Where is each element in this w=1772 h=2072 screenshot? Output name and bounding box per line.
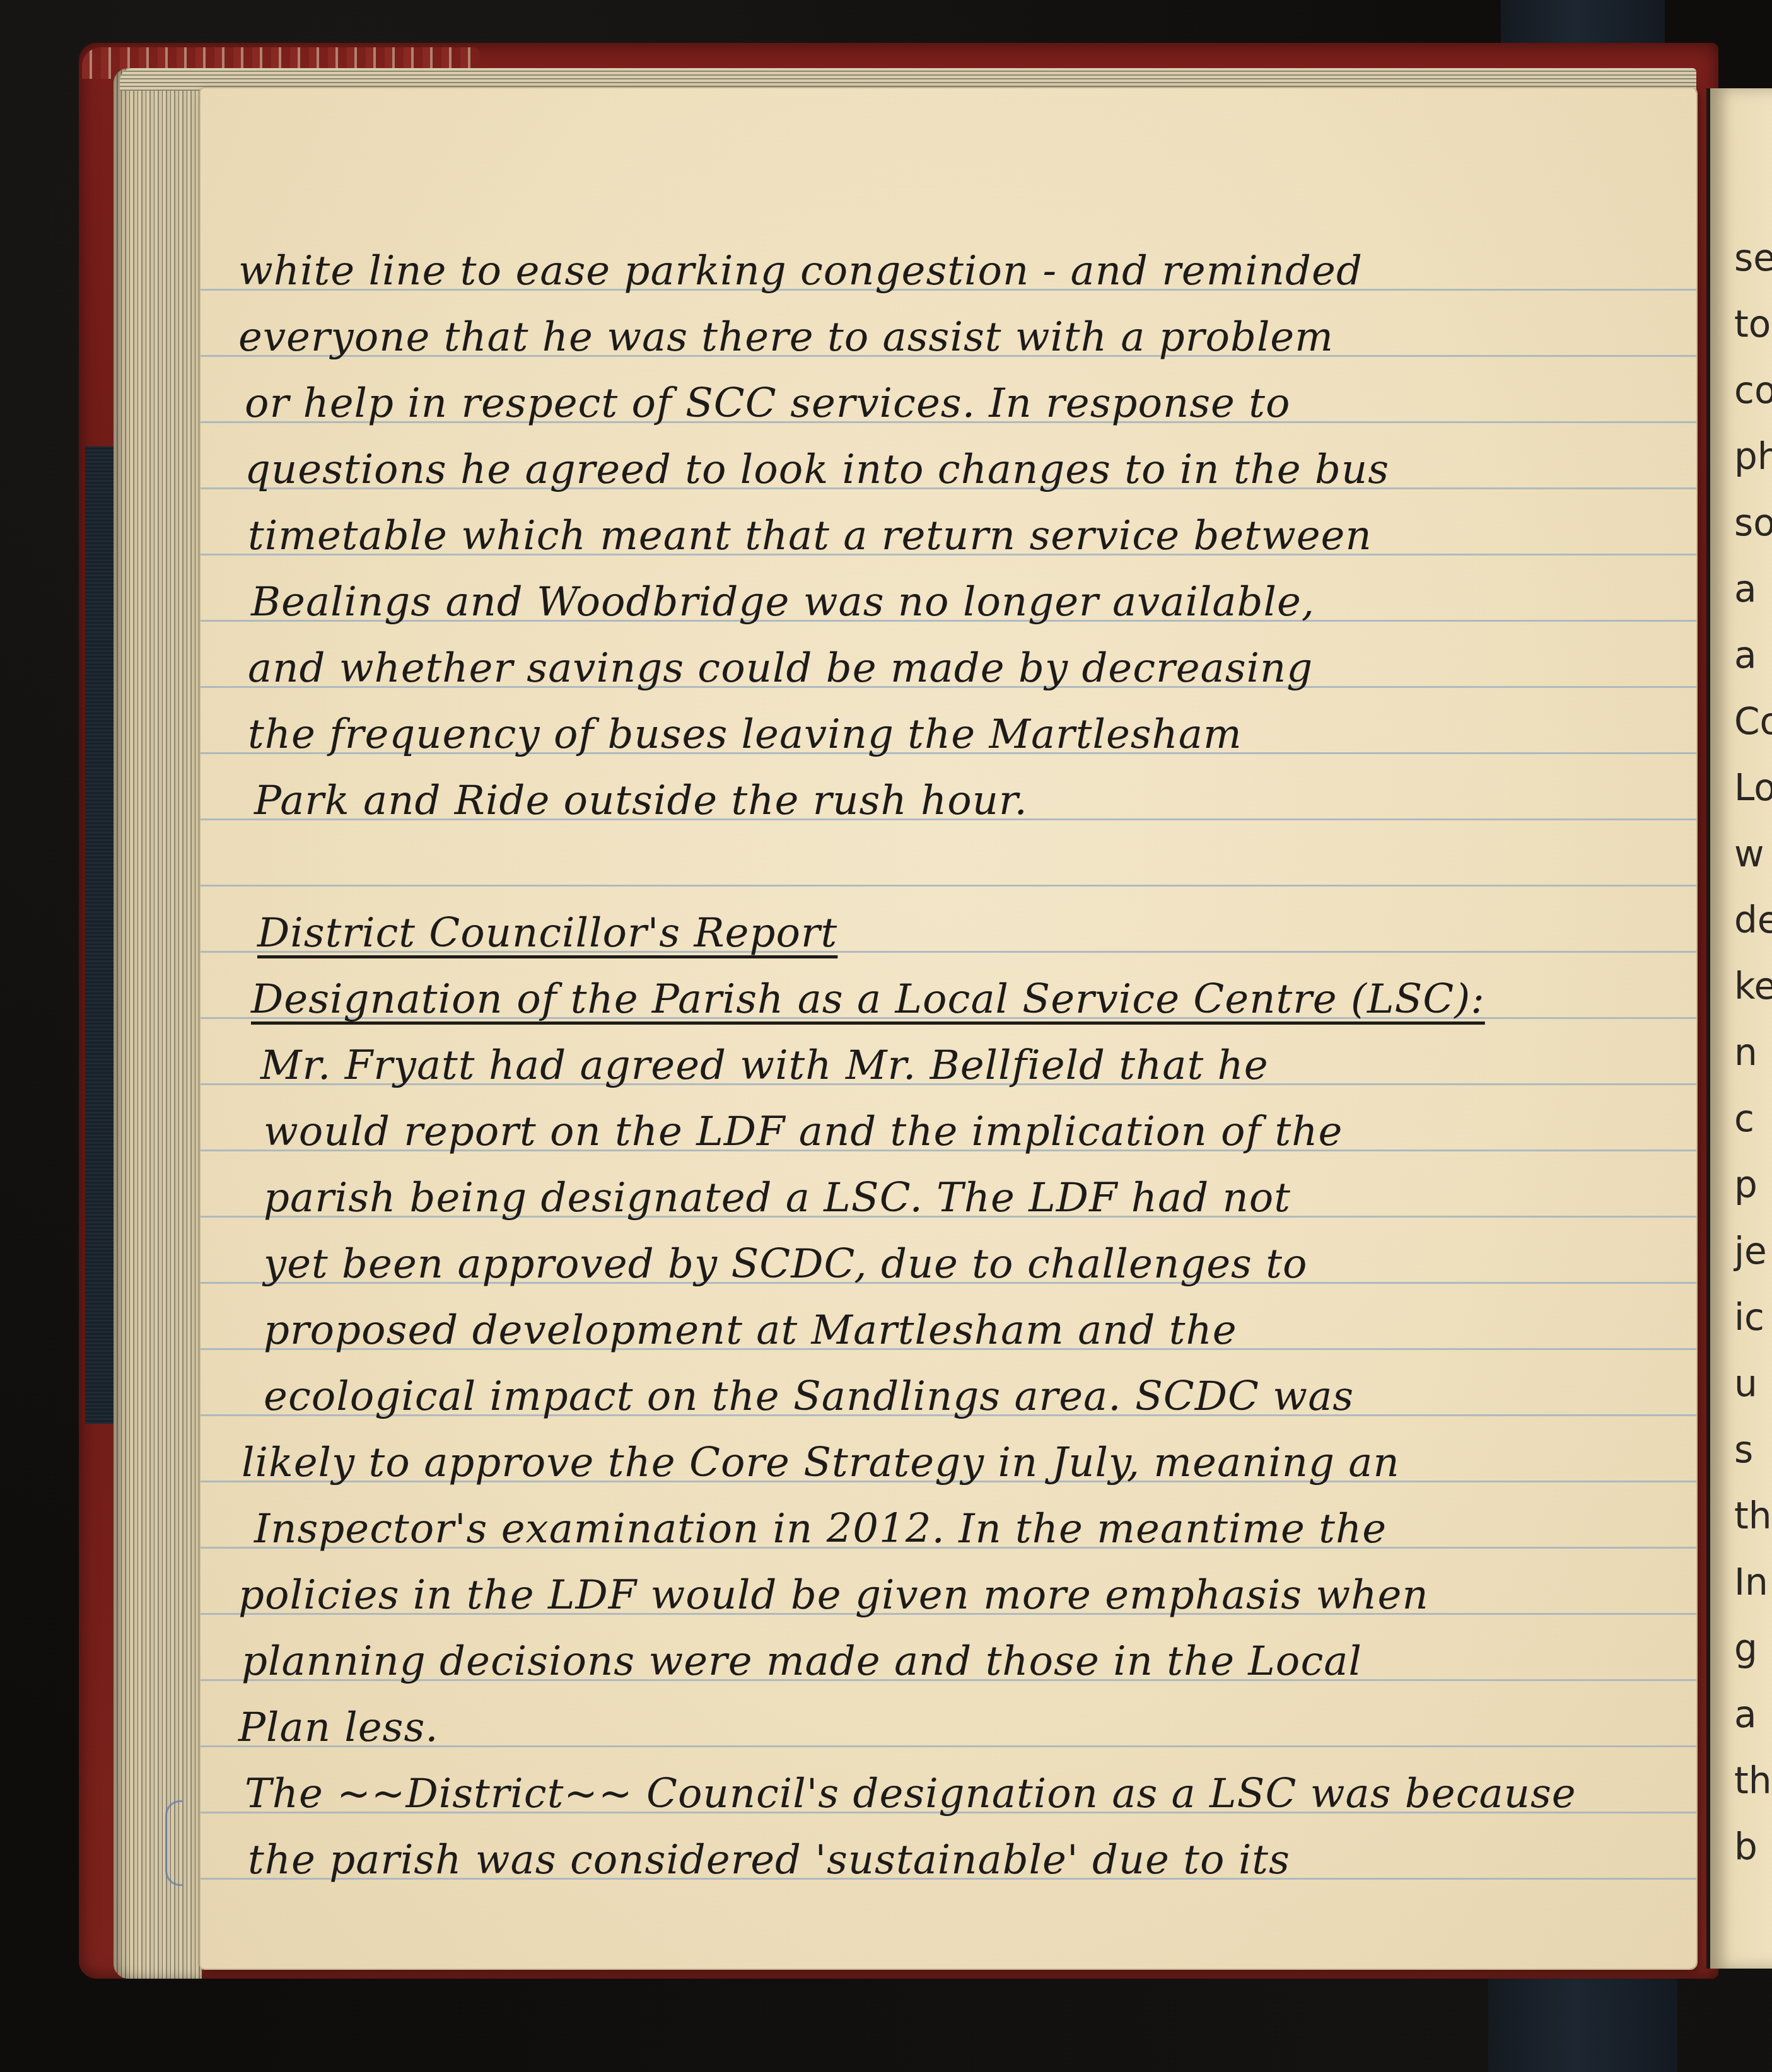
handwritten-line: white line to ease parking congestion - …: [238, 251, 1363, 291]
next-page-fragment: ke: [1734, 968, 1772, 1004]
ruled-line: [201, 885, 1696, 887]
next-page-fragment: w: [1734, 835, 1764, 872]
next-page-fragment: Lo: [1734, 769, 1772, 806]
handwritten-line: policies in the LDF would be given more …: [238, 1575, 1429, 1615]
next-page-fragment: g: [1734, 1630, 1757, 1667]
next-page-fragment: th: [1734, 1498, 1772, 1534]
blue-margin-mark: [165, 1800, 182, 1886]
next-page-fragment: ph: [1734, 438, 1772, 475]
handwritten-line: yet been approved by SCDC, due to challe…: [264, 1244, 1307, 1284]
handwritten-line: likely to approve the Core Strategy in J…: [242, 1443, 1400, 1483]
handwritten-line: planning decisions were made and those i…: [242, 1641, 1362, 1682]
next-page-fragment: n: [1734, 1034, 1757, 1071]
handwritten-line: would report on the LDF and the implicat…: [264, 1112, 1343, 1152]
next-page-fragment: co: [1734, 372, 1772, 409]
handwritten-line: Mr. Fryatt had agreed with Mr. Bellfield…: [260, 1045, 1269, 1086]
next-page-fragment: de: [1734, 902, 1772, 938]
section-subheading: Designation of the Parish as a Local Ser…: [251, 979, 1485, 1020]
handwritten-line: parish being designated a LSC. The LDF h…: [264, 1178, 1291, 1218]
next-page-fragment: je: [1734, 1233, 1767, 1269]
next-page-fragment: u: [1734, 1365, 1757, 1402]
handwritten-line: timetable which meant that a return serv…: [248, 516, 1372, 556]
handwritten-line: or help in respect of SCC services. In r…: [245, 383, 1291, 424]
handwritten-line: the parish was considered 'sustainable' …: [248, 1840, 1290, 1880]
next-page-fragment: a: [1734, 571, 1757, 607]
handwritten-line: Plan less.: [238, 1708, 439, 1748]
next-page-fragment: se: [1734, 240, 1772, 276]
next-page-fragment: ic: [1734, 1299, 1764, 1336]
cover-strip-bottom: [1488, 1974, 1677, 2072]
handwritten-line: ecological impact on the Sandlings area.…: [264, 1376, 1354, 1417]
handwritten-line: everyone that he was there to assist wit…: [238, 317, 1334, 358]
next-page-fragment: s: [1734, 1431, 1753, 1468]
next-page-fragment: b: [1734, 1829, 1757, 1865]
next-page-fragment: a: [1734, 637, 1757, 673]
next-page-fragment: th: [1734, 1762, 1772, 1799]
next-page-fragment: c: [1734, 1100, 1754, 1137]
next-page-fragment: Co: [1734, 703, 1772, 740]
next-page-fragment: a: [1734, 1696, 1757, 1733]
handwritten-line: Bealings and Woodbridge was no longer av…: [251, 582, 1315, 622]
section-heading: District Councillor's Report: [257, 913, 837, 953]
handwritten-line: The ~~District~~ Council's designation a…: [245, 1774, 1577, 1814]
handwritten-line: and whether savings could be made by dec…: [248, 648, 1313, 689]
notebook-page: white line to ease parking congestion - …: [201, 88, 1696, 1969]
handwritten-line: Inspector's examination in 2012. In the …: [254, 1509, 1387, 1549]
page-stack-edges: [114, 68, 202, 1979]
handwritten-line: the frequency of buses leaving the Martl…: [248, 714, 1242, 755]
handwritten-line: proposed development at Martlesham and t…: [264, 1310, 1237, 1351]
page-stack-top-edge: [120, 68, 1696, 91]
next-page-edge: se to co ph so a a Co Lo w de ke n c p j…: [1706, 88, 1772, 1969]
handwritten-line: questions he agreed to look into changes…: [245, 450, 1389, 490]
handwritten-line: Park and Ride outside the rush hour.: [254, 781, 1028, 821]
next-page-fragment: p: [1734, 1167, 1757, 1203]
next-page-fragment: to: [1734, 306, 1771, 342]
next-page-fragment: so: [1734, 504, 1772, 541]
next-page-fragment: In: [1734, 1564, 1768, 1600]
